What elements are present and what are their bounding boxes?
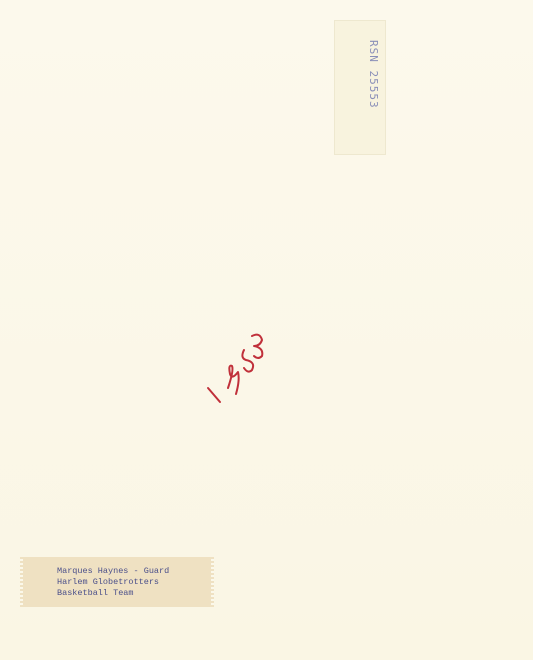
archive-number: RSN 25553 (340, 40, 380, 140)
caption-line-2: Harlem Globetrotters (57, 577, 159, 587)
caption-line-1: Marques Haynes - Guard (57, 566, 169, 576)
caption-label: Marques Haynes - Guard Harlem Globetrott… (22, 557, 212, 607)
handwritten-year (200, 320, 280, 410)
photo-back-paper: RSN 25553 Marques Haynes - Guard Harlem … (0, 0, 533, 660)
caption-line-3: Basketball Team (57, 588, 134, 598)
caption-text: Marques Haynes - Guard Harlem Globetrott… (57, 566, 169, 599)
